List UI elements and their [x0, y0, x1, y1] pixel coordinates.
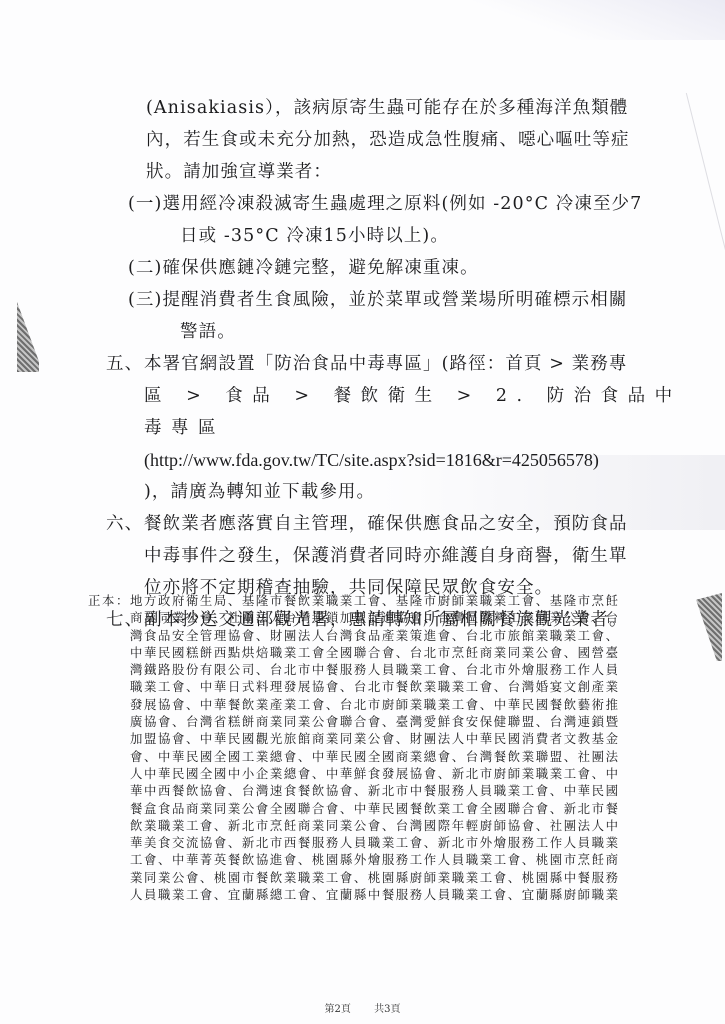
scanned-document-page: (Anisakiasis），該病原寄生蟲可能存在於多種海洋魚類體 內，若生食或未… [0, 0, 725, 1024]
recipient-line: 餐盒食品商業同業公會全國聯合會、中華民國餐飲業工會全國聯合會、新北市餐 [130, 800, 668, 817]
text-line: (Anisakiasis），該病原寄生蟲可能存在於多種海洋魚類體 [146, 92, 698, 124]
section-number: 六、 [106, 508, 144, 604]
text-line: 餐飲業者應落實自主管理，確保供應食品之安全，預防食品 [144, 508, 698, 540]
recipient-line: 地方政府衛生局、基隆市餐飲業職業工會、基隆市廚師業職業工會、基隆市烹飪 [130, 592, 668, 609]
text-line: 內，若生食或未充分加熱，恐造成急性腹痛、噁心嘔吐等症 [146, 124, 698, 156]
sub-item-2: (二)確保供應鏈冷鏈完整，避免解凍重凍。 [108, 252, 698, 284]
text-line: 日或 -35°C 冷凍15小時以上)。 [128, 220, 698, 252]
recipient-line: 中華民國糕餅西點烘焙職業工會全國聯合會、台北市烹飪商業同業公會、國營臺 [130, 644, 668, 661]
recipient-line: 商業同業公會、社團法人台灣連鎖加盟促進協會、台灣區飲料工業同業公會、台 [130, 609, 668, 626]
recipients-block: 正本： 地方政府衛生局、基隆市餐飲業職業工會、基隆市廚師業職業工會、基隆市烹飪 … [88, 592, 668, 903]
recipients-list: 地方政府衛生局、基隆市餐飲業職業工會、基隆市廚師業職業工會、基隆市烹飪 商業同業… [130, 592, 668, 903]
recipient-line: 業同業公會、桃園市餐飲業職業工會、桃園縣廚師業職業工會、桃園縣中餐服務 [130, 869, 668, 886]
recipient-line: 飲業職業工會、新北市烹飪商業同業公會、台灣國際年輕廚師協會、社團法人中 [130, 817, 668, 834]
recipient-line: 華中西餐飲協會、台灣速食餐飲協會、新北市中餐服務人員職業工會、中華民國 [130, 782, 668, 799]
recipient-line: 灣食品安全管理協會、財團法人台灣食品產業策進會、台北市旅館業職業工會、 [130, 627, 668, 644]
recipient-line: 發展協會、中華餐飲業產業工會、台北市廚師業職業工會、中華民國餐飲藝術推 [130, 696, 668, 713]
section-number: 五、 [106, 348, 144, 508]
recipient-line: 廣協會、台灣省糕餅商業同業公會聯合會、臺灣愛鮮食安保健聯盟、台灣連鎖暨 [130, 713, 668, 730]
text-line: 本署官網設置「防治食品中毒專區」(路徑：首頁 > 業務專 [144, 348, 698, 380]
seal-stamp-fragment-icon [696, 593, 722, 661]
text-line: 確保供應鏈冷鏈完整，避免解凍重凍。 [162, 258, 478, 278]
recipient-line: 華美食交流協會、新北市西餐服務人員職業工會、新北市外燴服務工作人員職業 [130, 834, 668, 851]
recipient-line: 人中華民國全國中小企業總會、中華鮮食發展協會、新北市廚師業職業工會、中 [130, 765, 668, 782]
recipients-label: 正本： [88, 592, 130, 903]
page-footer: 第2頁 共3頁 [0, 1000, 725, 1015]
recipient-line: 灣鐵路股份有限公司、台北市中餐服務人員職業工會、台北市外燴服務工作人員 [130, 661, 668, 678]
sub-item-number: (二) [128, 258, 162, 278]
sub-item-number: (三) [128, 290, 162, 310]
text-line: 狀。請加強宣導業者： [146, 156, 698, 188]
text-line: 區 > 食品 > 餐飲衛生 > 2. 防治食品中毒專區 [144, 380, 698, 444]
recipient-line: 加盟協會、中華民國觀光旅館商業同業公會、財團法人中華民國消費者文教基金 [130, 730, 668, 747]
recipient-line: 工會、中華菁英餐飲協進會、桃園縣外燴服務工作人員職業工會、桃園市烹飪商 [130, 851, 668, 868]
page-total: 共3頁 [374, 1004, 400, 1015]
section-item-6: 六、 餐飲業者應落實自主管理，確保供應食品之安全，預防食品 中毒事件之發生，保護… [106, 508, 698, 604]
page-number: 第2頁 [325, 1004, 351, 1015]
scan-shadow [465, 0, 725, 40]
recipient-line: 職業工會、中華日式料理發展協會、台北市餐飲業職業工會、台灣婚宴文創產業 [130, 678, 668, 695]
text-line: 中毒事件之發生，保護消費者同時亦維護自身商譽，衛生單 [144, 540, 698, 572]
text-line: 提醒消費者生食風險，並於菜單或營業場所明確標示相關 [162, 290, 627, 310]
recipient-line: 會、中華民國全國工業總會、中華民國全國商業總會、台灣餐飲業聯盟、社團法 [130, 748, 668, 765]
section-item-5: 五、 本署官網設置「防治食品中毒專區」(路徑：首頁 > 業務專 區 > 食品 >… [106, 348, 698, 508]
sub-item-number: (一) [128, 194, 162, 214]
intro-paragraph: (Anisakiasis），該病原寄生蟲可能存在於多種海洋魚類體 內，若生食或未… [108, 92, 698, 188]
text-line: 警語。 [128, 316, 698, 348]
recipient-line: 人員職業工會、宜蘭縣總工會、宜蘭縣中餐服務人員職業工會、宜蘭縣廚師職業 [130, 886, 668, 903]
sub-item-3: (三)提醒消費者生食風險，並於菜單或營業場所明確標示相關 警語。 [108, 284, 698, 348]
seal-stamp-fragment-icon [17, 302, 39, 372]
document-body: (Anisakiasis），該病原寄生蟲可能存在於多種海洋魚類體 內，若生食或未… [108, 92, 698, 636]
website-link[interactable]: (http://www.fda.gov.tw/TC/site.aspx?sid=… [144, 444, 698, 476]
text-line: 選用經冷凍殺滅寄生蟲處理之原料(例如 -20°C 冷凍至少7 [162, 194, 642, 214]
sub-item-1: (一)選用經冷凍殺滅寄生蟲處理之原料(例如 -20°C 冷凍至少7 日或 -35… [108, 188, 698, 252]
text-line: )，請廣為轉知並下載參用。 [144, 476, 698, 508]
